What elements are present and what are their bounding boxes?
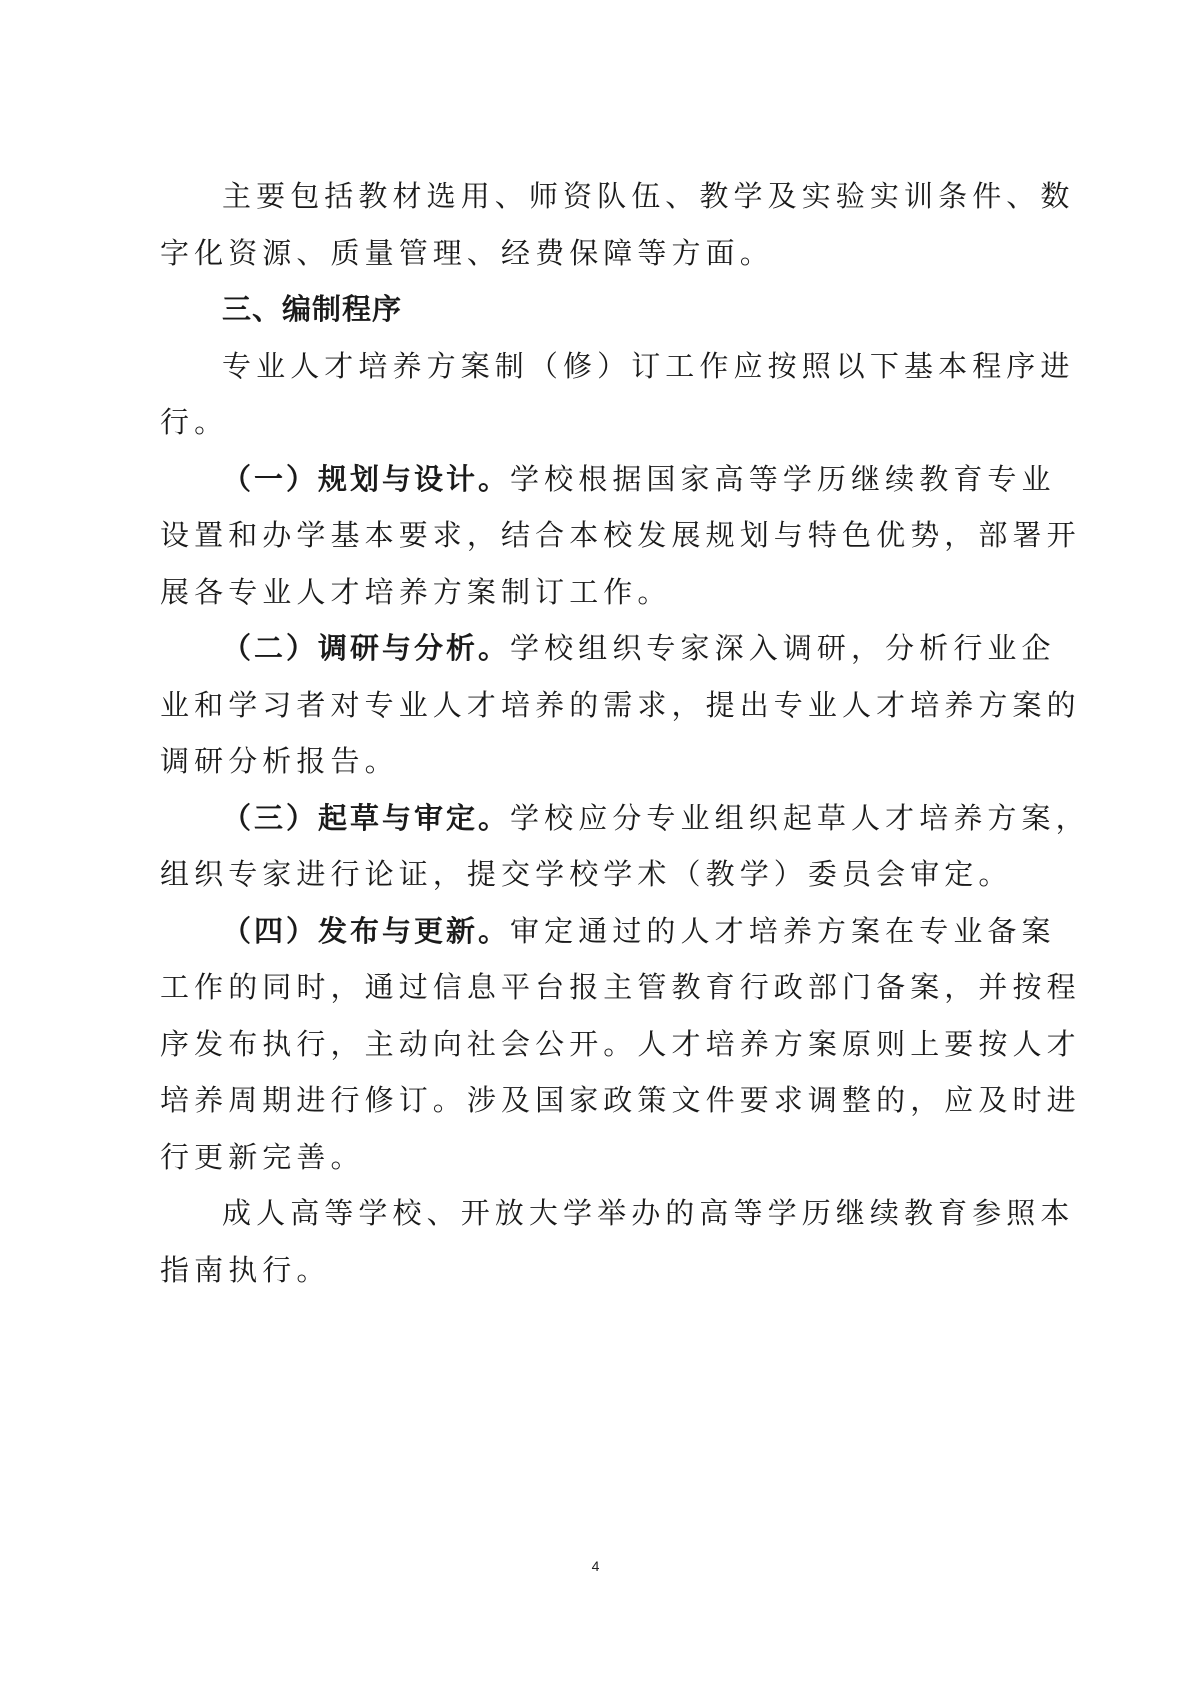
subsection-title: （二）调研与分析。 [222, 631, 510, 665]
paragraph-line: 调研分析报告。 [160, 733, 1040, 790]
paragraph-text: 学校组织专家深入调研，分析行业企 [510, 631, 1056, 665]
paragraph-line: 主要包括教材选用、师资队伍、教学及实验实训条件、数 [160, 168, 1040, 225]
paragraph-text: 学校应分专业组织起草人才培养方案， [510, 801, 1090, 835]
paragraph-line: 序发布执行，主动向社会公开。人才培养方案原则上要按人才 [160, 1016, 1040, 1073]
paragraph-text: 学校根据国家高等学历继续教育专业 [510, 462, 1056, 496]
paragraph-line: 组织专家进行论证，提交学校学术（教学）委员会审定。 [160, 846, 1040, 903]
paragraph-line: 指南执行。 [160, 1242, 1040, 1299]
subsection-title: （四）发布与更新。 [222, 914, 510, 948]
page-number: 4 [0, 1558, 1191, 1574]
paragraph-line: 专业人才培养方案制（修）订工作应按照以下基本程序进 [160, 338, 1040, 395]
paragraph-text: 审定通过的人才培养方案在专业备案 [510, 914, 1056, 948]
paragraph-line: （四）发布与更新。审定通过的人才培养方案在专业备案 [160, 903, 1040, 960]
paragraph-line: 行更新完善。 [160, 1129, 1040, 1186]
paragraph-line: （三）起草与审定。学校应分专业组织起草人才培养方案， [160, 790, 1040, 847]
paragraph-line: 展各专业人才培养方案制订工作。 [160, 564, 1040, 621]
paragraph-line: 成人高等学校、开放大学举办的高等学历继续教育参照本 [160, 1185, 1040, 1242]
paragraph-line: （二）调研与分析。学校组织专家深入调研，分析行业企 [160, 620, 1040, 677]
paragraph-line: 行。 [160, 394, 1040, 451]
paragraph-line: 工作的同时，通过信息平台报主管教育行政部门备案，并按程 [160, 959, 1040, 1016]
subsection-title: （三）起草与审定。 [222, 801, 510, 835]
paragraph-line: 业和学习者对专业人才培养的需求，提出专业人才培养方案的 [160, 677, 1040, 734]
paragraph-line: 字化资源、质量管理、经费保障等方面。 [160, 225, 1040, 282]
section-heading: 三、编制程序 [160, 281, 1040, 338]
paragraph-line: 培养周期进行修订。涉及国家政策文件要求调整的，应及时进 [160, 1072, 1040, 1129]
subsection-title: （一）规划与设计。 [222, 462, 510, 496]
document-body: 主要包括教材选用、师资队伍、教学及实验实训条件、数 字化资源、质量管理、经费保障… [160, 168, 1040, 1298]
paragraph-line: （一）规划与设计。学校根据国家高等学历继续教育专业 [160, 451, 1040, 508]
paragraph-line: 设置和办学基本要求，结合本校发展规划与特色优势，部署开 [160, 507, 1040, 564]
